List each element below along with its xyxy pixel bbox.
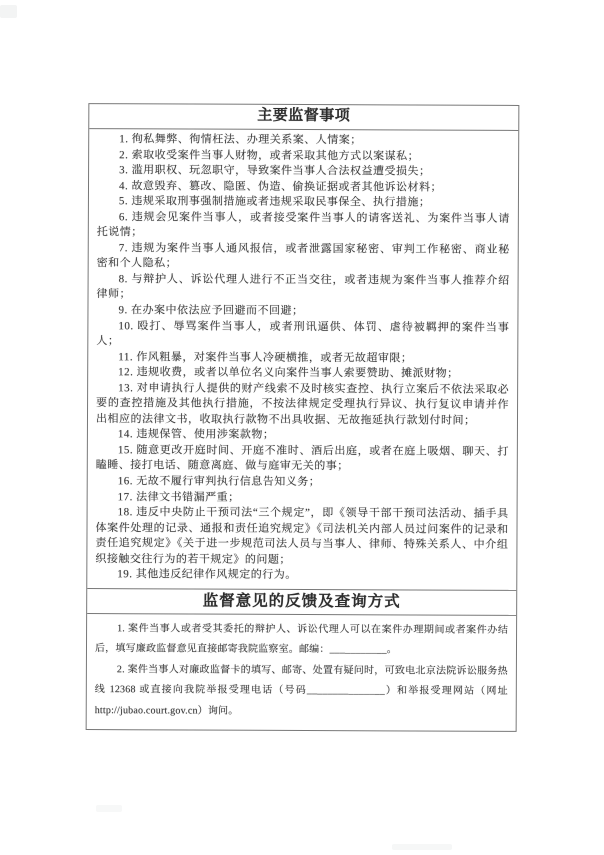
supervision-item: 9. 在办案中依法应予回避而不回避； <box>96 303 509 320</box>
supervision-item: 4. 故意毁弃、篡改、隐匿、伪造、偷换证据或者其他诉讼材料； <box>97 179 510 196</box>
feedback-item: 1. 案件当事人或者受其委托的辩护人、诉讼代理人可以在案件办理期间或者案件办结后… <box>95 619 508 662</box>
main-supervision-matters-title: 主要监督事项 <box>89 104 518 131</box>
supervision-item: 6. 违规会见案件当事人，或者接受案件当事人的请客送礼、为案件当事人请托说情； <box>97 210 510 243</box>
supervision-item: 12. 违规收费，或者以单位名义向案件当事人索要赞助、摊派财物； <box>96 365 509 382</box>
scanned-document-page: 主要监督事项 1. 徇私舞弊、徇情枉法、办理关系案、人情案；2. 索取收受案件当… <box>0 0 604 855</box>
supervision-item: 11. 作风粗暴，对案件当事人冷硬横推，或者无故超审限； <box>96 350 509 367</box>
supervision-card-table: 主要监督事项 1. 徇私舞弊、徇情枉法、办理关系案、人情案；2. 索取收受案件当… <box>86 103 520 732</box>
supervision-item: 18. 违反中央防止干预司法“三个规定”，即《领导干部干预司法活动、插手具体案件… <box>95 505 508 569</box>
supervision-item: 19. 其他违反纪律作风规定的行为。 <box>95 567 508 584</box>
scan-artifact <box>392 844 452 850</box>
supervision-item: 3. 滥用职权、玩忽职守，导致案件当事人合法权益遭受损失； <box>97 163 510 180</box>
feedback-item: 2. 案件当事人对廉政监督卡的填写、邮寄、处置有疑问时，可致电北京法院诉讼服务热… <box>95 660 508 723</box>
supervision-item: 10. 殴打、辱骂案件当事人，或者刑讯逼供、体罚、虐待被羁押的案件当事人； <box>96 319 509 352</box>
feedback-items-list: 1. 案件当事人或者受其委托的辩护人、诉讼代理人可以在案件办理期间或者案件办结后… <box>87 614 516 731</box>
supervision-item: 5. 违规采取刑事强制措施或者违规采取民事保全、执行措施； <box>97 194 510 211</box>
supervision-item: 16. 无故不履行审判执行信息告知义务； <box>96 474 509 491</box>
supervision-item: 14. 违规保管、使用涉案款物； <box>96 427 509 444</box>
supervision-item: 8. 与辩护人、诉讼代理人进行不正当交往，或者违规为案件当事人推荐介绍律师； <box>96 272 509 305</box>
supervision-item: 2. 索取收受案件当事人财物，或者采取其他方式以案谋私； <box>97 148 510 165</box>
supervision-item: 13. 对申请执行人提供的财产线索不及时核实查控、执行立案后不依法采取必要的查控… <box>96 381 509 429</box>
feedback-and-inquiry-title: 监督意见的反馈及查询方式 <box>87 589 516 616</box>
supervision-item: 17. 法律文书错漏严重； <box>96 490 509 507</box>
supervision-items-list: 1. 徇私舞弊、徇情枉法、办理关系案、人情案；2. 索取收受案件当事人财物，或者… <box>87 129 518 591</box>
supervision-item: 15. 随意更改开庭时间、开庭不准时、酒后出庭，或者在庭上吸烟、聊天、打瞌睡、接… <box>96 443 509 476</box>
supervision-item: 1. 徇私舞弊、徇情枉法、办理关系案、人情案； <box>97 132 510 149</box>
scan-artifact <box>0 5 17 18</box>
scan-artifact <box>96 805 122 812</box>
supervision-item: 7. 违规为案件当事人通风报信，或者泄露国家秘密、审判工作秘密、商业秘密和个人隐… <box>97 241 510 274</box>
